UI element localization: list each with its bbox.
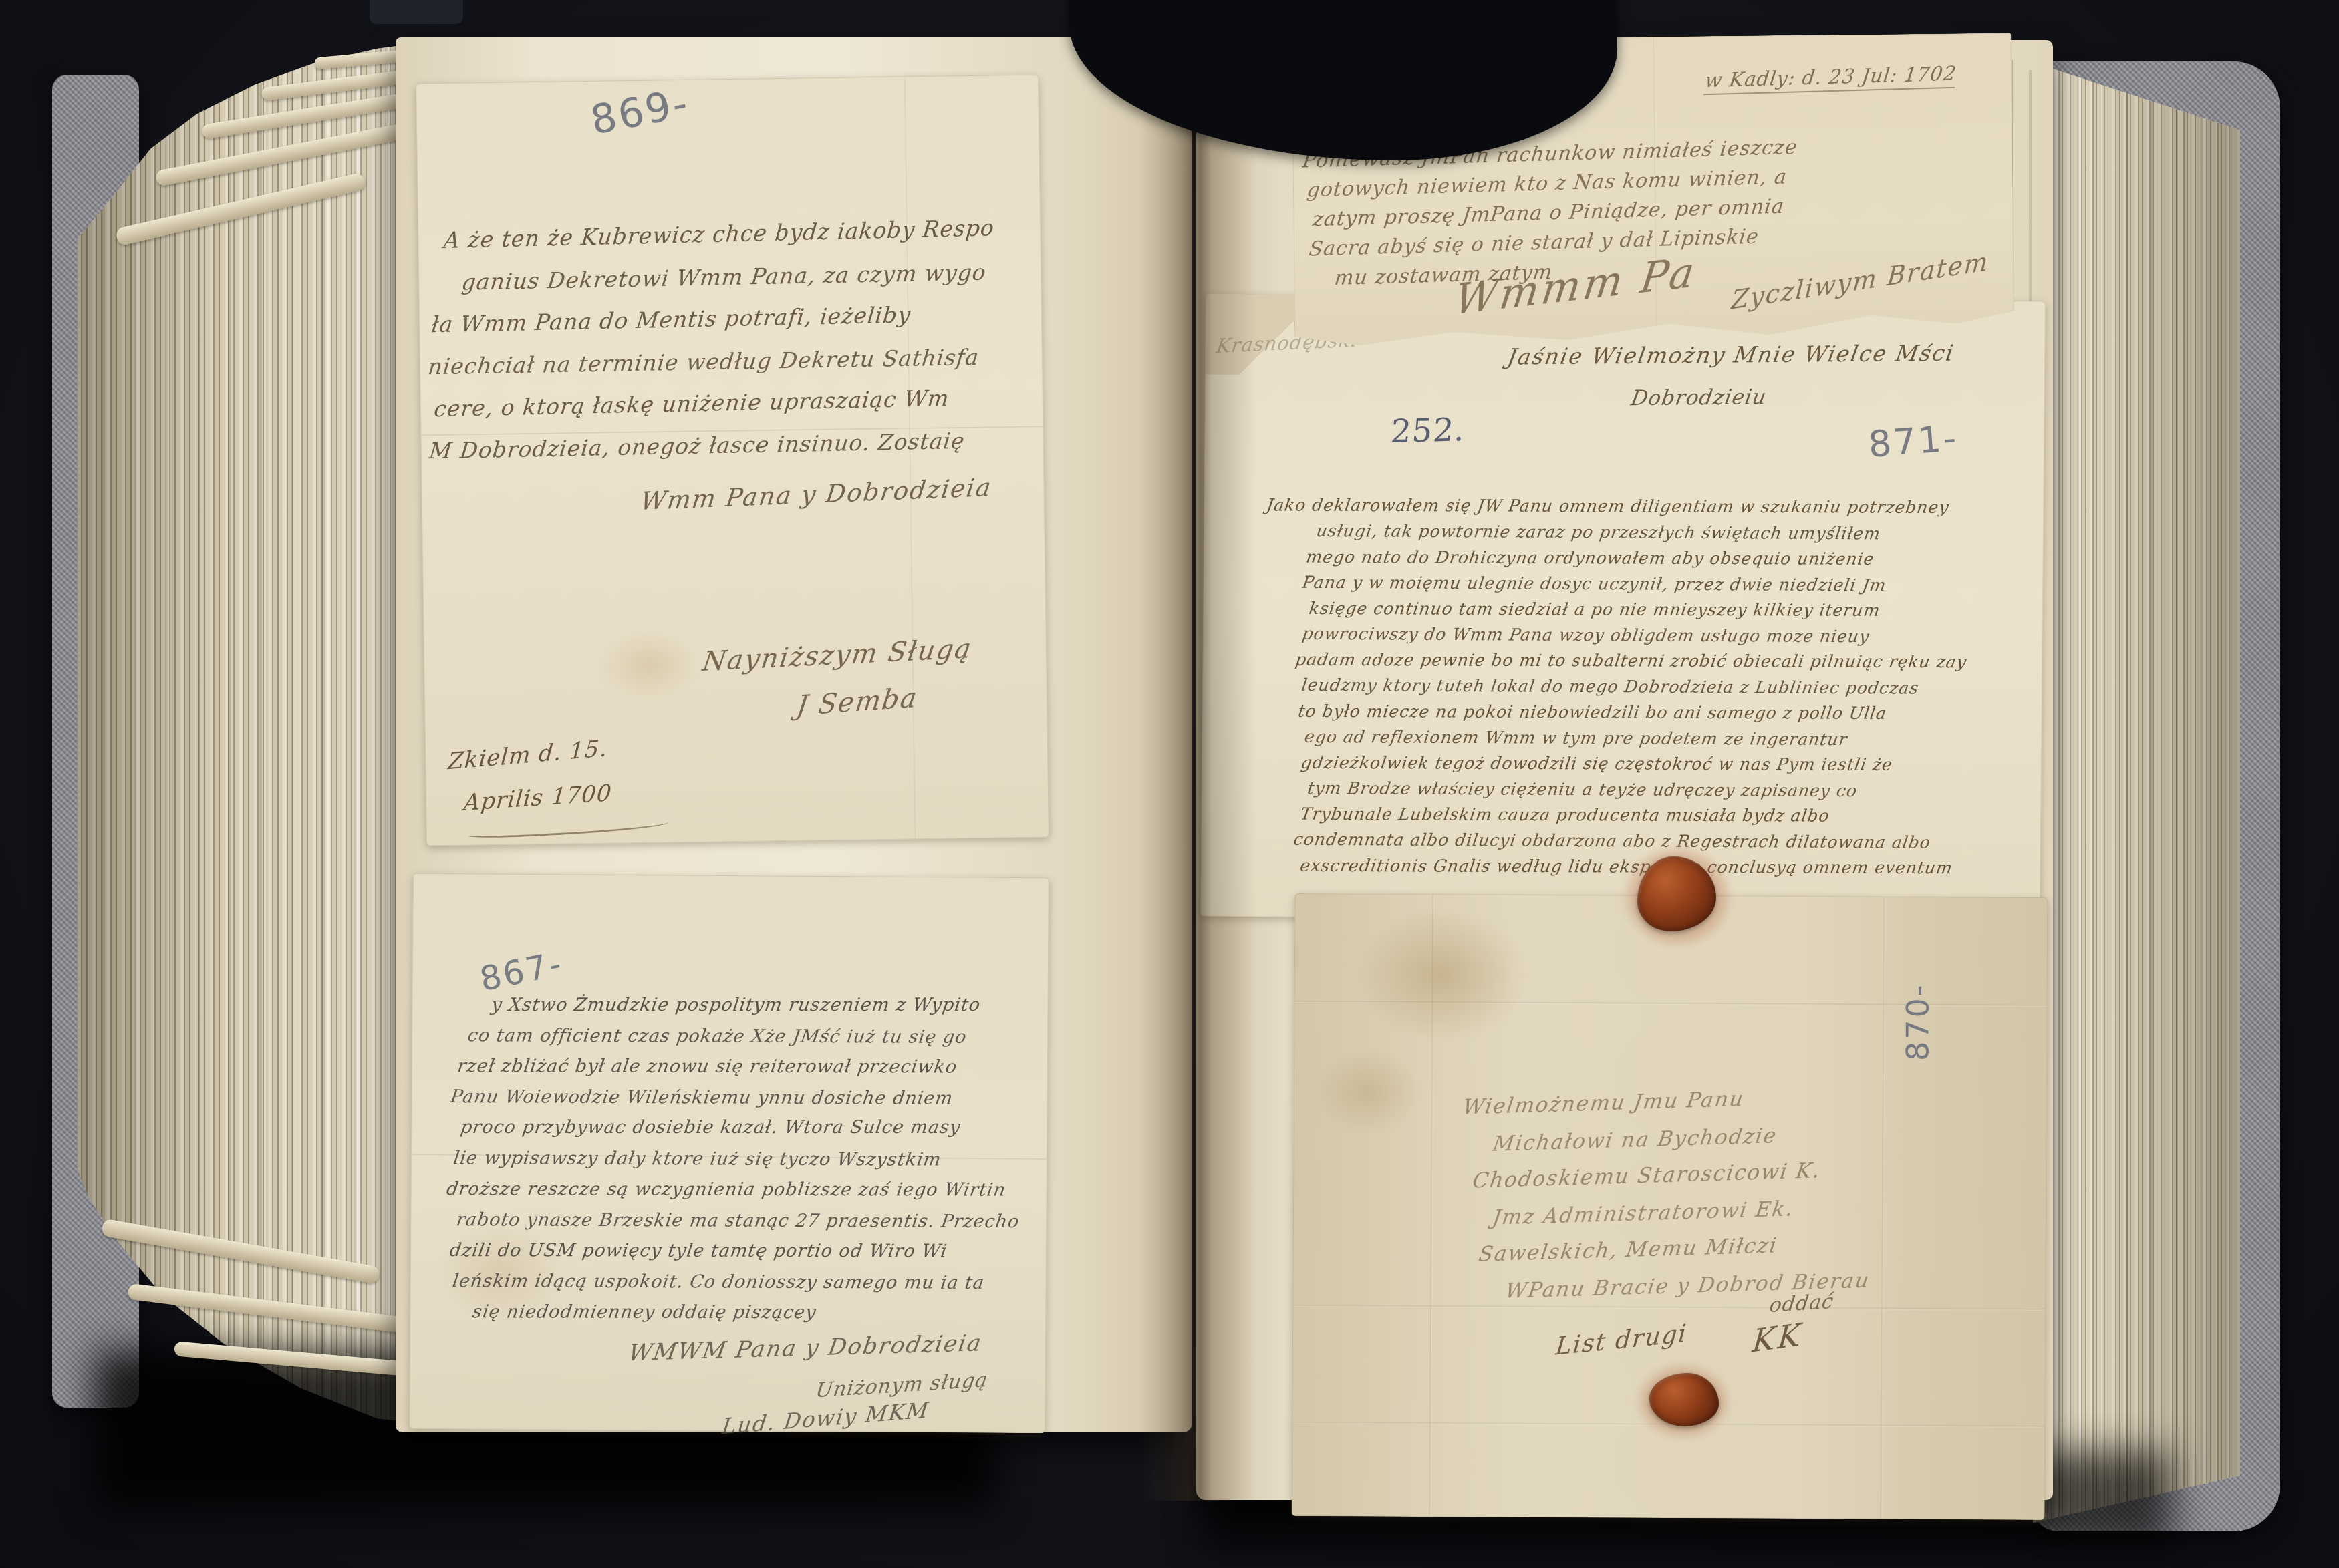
letter-header: Dobrodzieiu bbox=[1629, 385, 1768, 410]
foxing-stain bbox=[598, 628, 700, 703]
letter-line: y Xstwo Żmudzkie pospolitym ruszeniem z … bbox=[490, 995, 982, 1015]
letter-line: condemnata albo dilucyi obdarzona abo z … bbox=[1292, 830, 1932, 852]
letter-line: Pana y w moięmu ulegnie dosyc uczynił, p… bbox=[1301, 573, 1887, 595]
address-line: Sawelskich, Memu Miłczi bbox=[1477, 1233, 1779, 1266]
manuscript-photo: 869- A że ten że Kubrewicz chce bydz iak… bbox=[0, 0, 2339, 1568]
gutter-shadow bbox=[1139, 37, 1256, 1501]
letter-line: rzeł zbliżać był ale znowu się reiterowa… bbox=[456, 1056, 959, 1077]
letter-line: droższe reszcze są wczygnienia poblizsze… bbox=[445, 1179, 1007, 1200]
letter-line: lie wypisawszy dały ktore iuż się tyczo … bbox=[452, 1148, 943, 1170]
letter-line: A że ten że Kubrewicz chce bydz iakoby R… bbox=[442, 214, 996, 253]
catalog-number-252-ink: 252. bbox=[1389, 411, 1466, 450]
address-line: Michałowi na Bychodzie bbox=[1491, 1124, 1779, 1156]
letter-line: usługi, tak powtornie zaraz po przeszłyc… bbox=[1315, 521, 1882, 543]
wax-seal-bottom bbox=[1649, 1373, 1719, 1426]
right-page: Krasnodębski x Jaśnie Wielmożny Mnie Wie… bbox=[1196, 40, 2053, 1500]
letter-line: powrociwszy do Wmm Pana wzoy obligdem us… bbox=[1301, 624, 1871, 646]
address-line: Jmz Administratorowi Ek. bbox=[1491, 1197, 1796, 1230]
fold-crease bbox=[1293, 1305, 2045, 1311]
letter-closing: Wmm Pana y Dobrodzieia bbox=[639, 473, 994, 516]
letter-line: leńskim idącą uspokoit. Co doniosszy sam… bbox=[451, 1271, 986, 1293]
letter-line: Trybunale Lubelskim cauza producenta mus… bbox=[1299, 804, 1831, 826]
cradle-clamp bbox=[370, 0, 463, 24]
letter-line: to było miecze na pokoi niebowiedzili bo… bbox=[1297, 701, 1889, 723]
letter-line: mego nato do Drohiczyna ordynowałem aby … bbox=[1305, 547, 1876, 569]
signature: Zyczliwym Bratem bbox=[1730, 246, 1990, 315]
document-869: 869- A że ten że Kubrewicz chce bydz iak… bbox=[416, 75, 1049, 846]
fold-crease bbox=[904, 77, 917, 838]
catalog-number-870: 870- bbox=[1899, 983, 1936, 1061]
letter-line: raboto ynasze Brzeskie ma stanąc 27 prae… bbox=[455, 1209, 1021, 1232]
address-line: Chodoskiemu Staroscicowi K. bbox=[1471, 1158, 1822, 1193]
catalog-number-869: 869- bbox=[587, 80, 693, 144]
document-867: 867- y Xstwo Żmudzkie pospolitym ruszeni… bbox=[409, 873, 1049, 1434]
letter-line: exscreditionis Gnalis według lidu ekspon… bbox=[1299, 856, 1955, 877]
letter-line: dzili do USM powięcy tyle tamtę portio o… bbox=[448, 1240, 949, 1261]
signature-name: J Semba bbox=[795, 683, 920, 722]
letter-line: padam adoze pewnie bo mi to subalterni z… bbox=[1294, 650, 1968, 671]
letter-header: Jaśnie Wielmożny Mnie Wielce Mści bbox=[1506, 340, 1957, 370]
letter-line: się niedodmienney oddaię piszącey bbox=[471, 1301, 818, 1323]
letter-line: ego ad reflexionem Wmm w tym pre podetem… bbox=[1303, 727, 1848, 749]
letter-dateline: w Kadly: d. 23 Jul: 1702 bbox=[1703, 62, 1958, 96]
catalog-number-867: 867- bbox=[476, 944, 567, 999]
docket-note: List drugi bbox=[1554, 1319, 1689, 1360]
letter-line: leudzmy ktory tuteh lokal do mego Dobrod… bbox=[1300, 675, 1920, 698]
letter-line: tym Brodze właściey ciężeniu a teyże udr… bbox=[1306, 778, 1859, 800]
signature-rank: Nayniższym Sługą bbox=[700, 633, 974, 677]
letter-line: proco przybywac dosiebie kazał. Wtora Su… bbox=[459, 1117, 962, 1138]
document-252: Krasnodębski x Jaśnie Wielmożny Mnie Wie… bbox=[1200, 294, 2046, 924]
signature-rank: Uniżonym sługą bbox=[814, 1368, 990, 1403]
letter-line: gdzieżkolwiek tegoż dowodzili się często… bbox=[1300, 753, 1894, 774]
left-page: 869- A że ten że Kubrewicz chce bydz iak… bbox=[396, 37, 1192, 1432]
letter-line: ła Wmm Pana do Mentis potrafi, ieżeliby bbox=[430, 301, 912, 337]
letter-line: Panu Woiewodzie Wileńskiemu ynnu dosiche… bbox=[449, 1086, 954, 1109]
delivery-note: oddać bbox=[1768, 1290, 1836, 1318]
letter-line: księge continuo tam siedział a po nie mn… bbox=[1308, 599, 1881, 620]
damp-stain bbox=[1355, 908, 1529, 1042]
damp-stain bbox=[1315, 1048, 1422, 1135]
letter-line: Jako deklarowałem się JW Panu omnem dili… bbox=[1265, 495, 1950, 517]
signature-closing: WMWM Pana y Dobrodzieia bbox=[626, 1329, 984, 1366]
date-underline-flourish bbox=[468, 818, 668, 840]
letter-line: cere, o ktorą łaskę uniżenie upraszaiąc … bbox=[433, 385, 951, 422]
catalog-number-871: 871- bbox=[1867, 417, 1959, 466]
letter-line: niechciał na terminie według Dekretu Sat… bbox=[427, 344, 981, 379]
address-line: Wielmożnemu Jmu Panu bbox=[1462, 1087, 1746, 1120]
place-date-line: Zkielm d. 15. bbox=[447, 735, 609, 775]
place-date-line: Aprilis 1700 bbox=[462, 780, 613, 816]
docket-initials: KK bbox=[1751, 1315, 1805, 1359]
signature-flourish: Wmmm Pa bbox=[1452, 247, 1700, 324]
letter-line: co tam officient czas pokaże Xże JMść iu… bbox=[466, 1025, 968, 1048]
page-edge-stack-right bbox=[2033, 53, 2240, 1529]
